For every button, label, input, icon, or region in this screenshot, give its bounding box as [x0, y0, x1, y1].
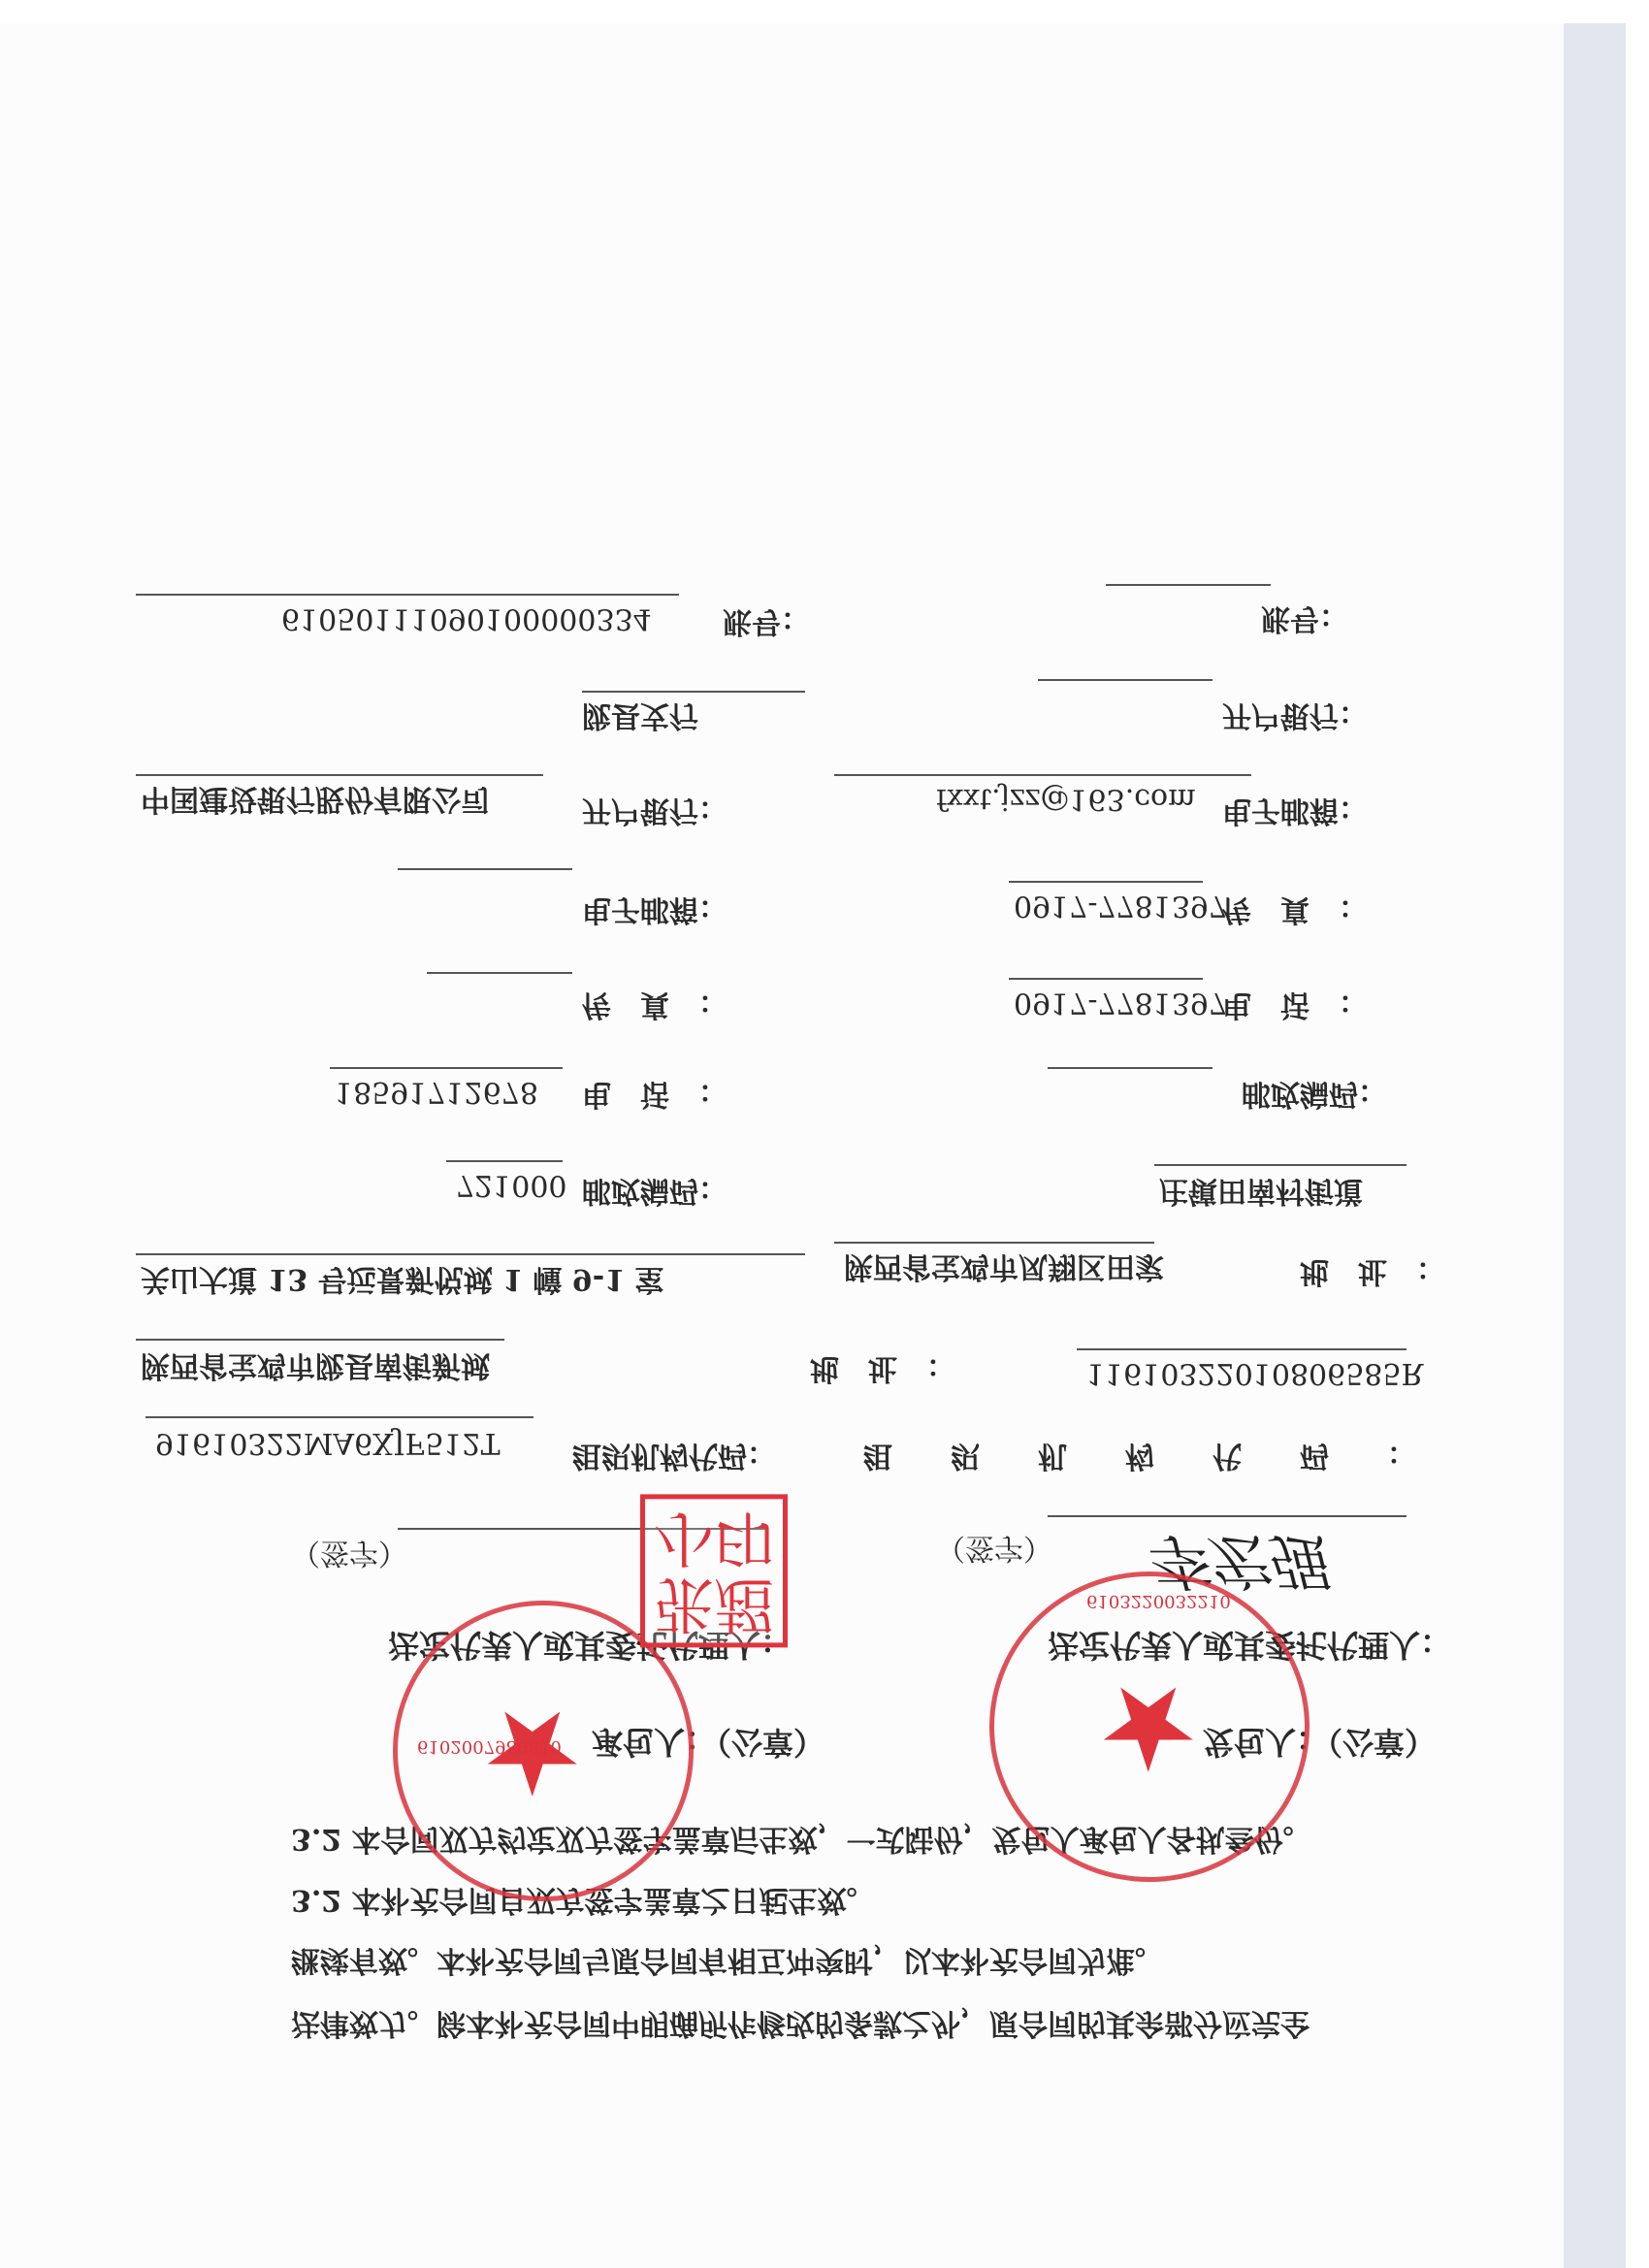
contractor-phone-label: 电 话 ： — [582, 1079, 727, 1108]
contractor-address-1: 陕西省宝鸡市凤翔区田家 — [844, 1251, 1164, 1280]
contractor-org-code-label: 组织机构代码： — [572, 1441, 776, 1470]
contractor-address-line-1 — [834, 1242, 1154, 1244]
employer-phone-label: 电 话 ： — [1222, 989, 1368, 1019]
employer-email-label: 电子邮箱： — [1222, 795, 1368, 825]
contractor-email-line — [398, 868, 572, 870]
employer-org-code-line — [1077, 1348, 1406, 1350]
employer-fax: 0917-7781397 — [1014, 891, 1227, 920]
personal-seal: 张超 小印 — [640, 1494, 788, 1647]
contractor-account-line — [136, 594, 679, 596]
employer-phone-line — [1009, 978, 1203, 980]
employer-postal-label: 邮政编码： — [1242, 1079, 1387, 1108]
contractor-address-line-2 — [136, 1253, 805, 1255]
employer-org-code: 11610322010806585R — [1086, 1358, 1423, 1387]
employer-account-line — [1106, 584, 1271, 586]
employer-sign-label: （签字） — [936, 1533, 1052, 1562]
contractor-sign-label: （签字） — [291, 1538, 407, 1567]
contractor-postal-line — [446, 1160, 563, 1162]
employer-email-line — [834, 774, 1251, 776]
employer-bank-line — [1038, 679, 1212, 681]
contractor-postal-label: 邮政编码： — [582, 1176, 727, 1205]
contractor-org-code-line — [145, 1416, 533, 1418]
scanner-background — [1562, 23, 1626, 2268]
contractor-address-3: 庄镇田南村街道 — [1159, 1176, 1363, 1205]
employer-org-code-label: 组 织 机 构 代 码 ： — [863, 1441, 1416, 1470]
employer-account-label: 账号： — [1261, 603, 1348, 632]
contractor-org-code: 91610322MA6XJF512T — [155, 1428, 501, 1457]
contractor-address-label-a: 地 址 ： — [810, 1353, 955, 1382]
employer-bank-label: 开户银行： — [1222, 700, 1368, 729]
employer-stamp-number: 6103220032210 — [1086, 1591, 1231, 1611]
contractor-bank-1: 中国建设银行股份有限公司 — [141, 784, 490, 813]
contractor-bank-line-1 — [136, 774, 543, 776]
contractor-stamp-number: 6102007989810 — [417, 1736, 562, 1757]
employer-address: 陕西省宝鸡市陇县南街新城 — [141, 1350, 490, 1379]
contractor-address-line-3 — [1154, 1164, 1406, 1166]
employer-stamp-star-icon: ★ — [1096, 1669, 1201, 1785]
clause-line-2: 继续有效。本补充合同与原合同有相互冲突时，以本补充合同为准。 — [291, 1945, 1164, 1974]
contractor-account-label: 账号： — [723, 606, 810, 635]
contractor-email-label: 电子邮箱： — [582, 894, 727, 923]
clause-line-1: 法律效力。除本补充合同中明确所作修改的条款之外，原合同的其余部分应完全 — [291, 2008, 1309, 2037]
contractor-address-label: 地 址 ： — [1300, 1256, 1445, 1285]
employer-signature-line — [1048, 1515, 1406, 1517]
document-page — [0, 23, 1564, 2268]
contractor-bank-2: 陇县支行 — [582, 700, 698, 729]
address-line-a — [136, 1339, 504, 1341]
contractor-phone-line — [330, 1067, 563, 1069]
personal-seal-line-1: 张超 — [651, 1571, 777, 1636]
employer-postal-line — [1048, 1067, 1212, 1069]
contractor-bank-line-2 — [582, 691, 805, 693]
personal-seal-line-2: 小印 — [651, 1505, 777, 1571]
employer-email: fxxt.jzz@163.com — [936, 784, 1196, 813]
contractor-bank-label: 开户银行： — [582, 795, 727, 825]
contractor-fax-line — [427, 972, 572, 974]
contractor-account: 61050111090100000334 — [281, 603, 652, 632]
contractor-fax-label: 传 真 ： — [582, 989, 727, 1019]
contractor-address-2: 关山大道 13 号远景新悦城 1 幢 9-1 室 — [141, 1264, 664, 1293]
contractor-phone: 18591712678 — [335, 1077, 538, 1106]
employer-phone: 0917-7781397 — [1014, 988, 1227, 1017]
contractor-postal-code: 721000 — [456, 1170, 567, 1199]
employer-fax-label: 传 真 ： — [1222, 894, 1368, 923]
employer-fax-line — [1009, 881, 1203, 883]
